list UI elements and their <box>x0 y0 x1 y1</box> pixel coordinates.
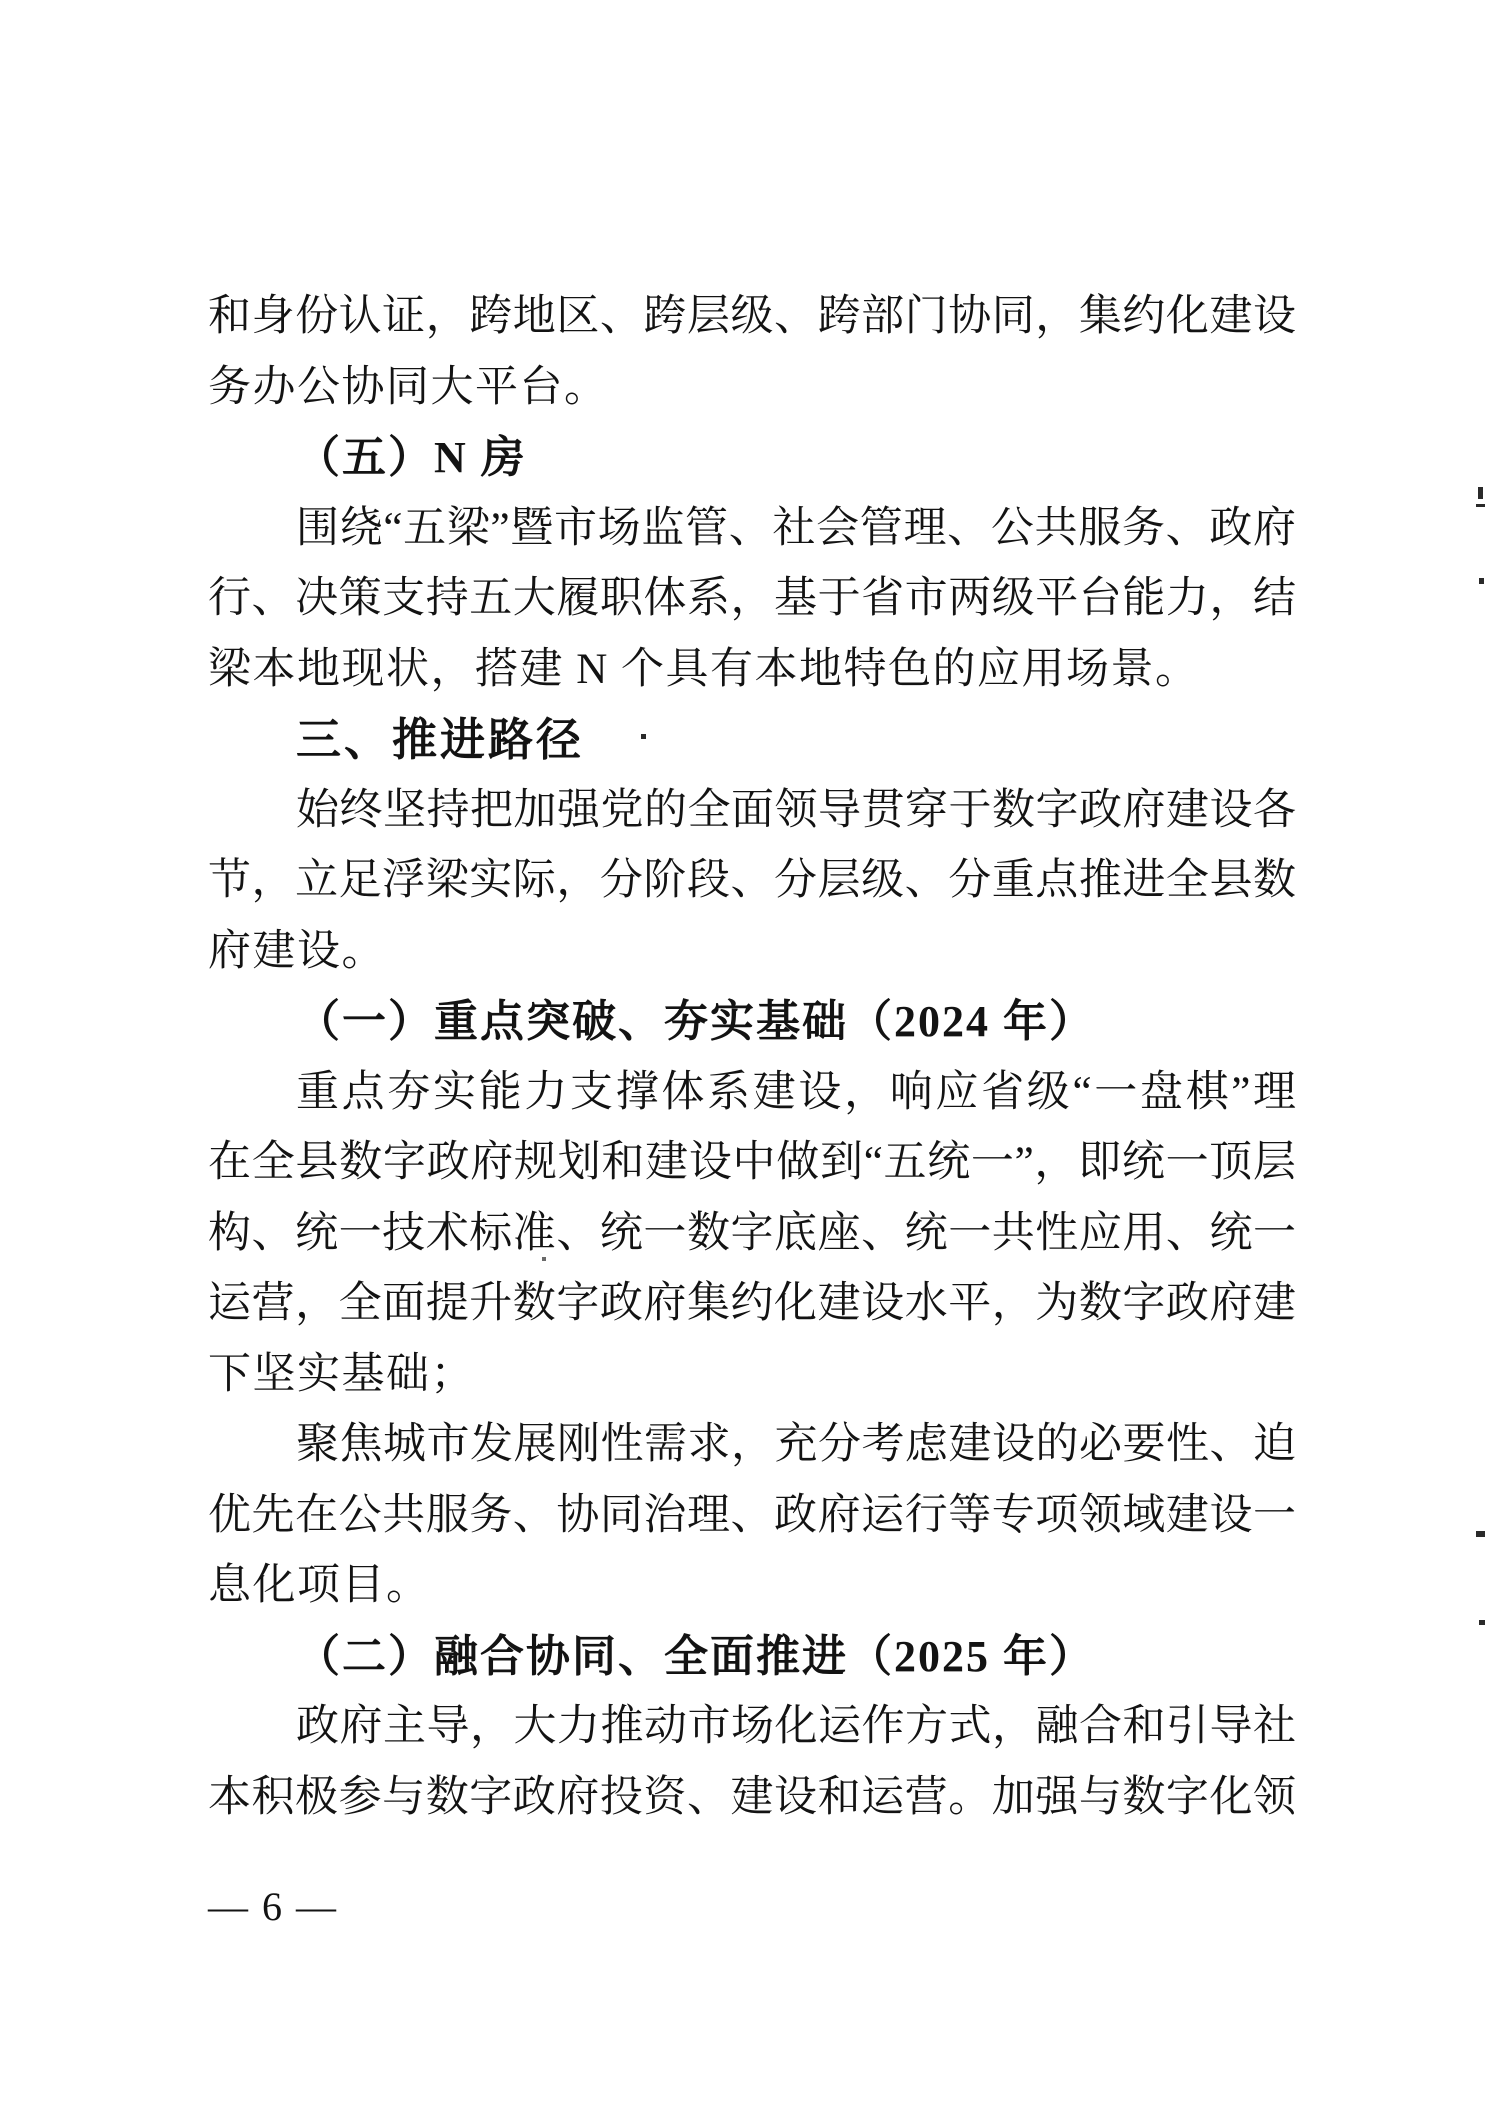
document-line: 构、统一技术标准、统一数字底座、统一共性应用、统一运维 <box>208 1199 1296 1270</box>
document-line: 在全县数字政府规划和建设中做到“五统一”，即统一顶层架 <box>208 1128 1296 1199</box>
document-line: 聚焦城市发展刚性需求，充分考虑建设的必要性、迫切性， <box>208 1410 1296 1481</box>
scan-artifact <box>1476 1531 1485 1537</box>
document-line: 本积极参与数字政府投资、建设和运营。加强与数字化领域头 <box>208 1763 1296 1834</box>
document-line: 府建设。 <box>208 917 1296 988</box>
document-line: 下坚实基础； <box>208 1340 1296 1411</box>
scan-artifact <box>641 734 646 739</box>
document-line: 围绕“五梁”暨市场监管、社会管理、公共服务、政府运 <box>208 494 1296 565</box>
scan-artifact <box>1478 487 1483 499</box>
document-line: 梁本地现状，搭建 N 个具有本地特色的应用场景。 <box>208 635 1296 706</box>
document-line: 息化项目。 <box>208 1551 1296 1622</box>
document-line: 优先在公共服务、协同治理、政府运行等专项领域建设一批信 <box>208 1481 1296 1552</box>
document-line: 始终坚持把加强党的全面领导贯穿于数字政府建设各个环 <box>208 776 1296 847</box>
document-line: 节，立足浮梁实际，分阶段、分层级、分重点推进全县数字政 <box>208 846 1296 917</box>
document-line: 政府主导，大力推动市场化运作方式，融合和引导社会资 <box>208 1692 1296 1763</box>
scan-artifact <box>1479 578 1484 584</box>
document-line: 和身份认证，跨地区、跨层级、跨部门协同，集约化建设的政 <box>208 282 1296 353</box>
section-heading-1-2024: （一）重点突破、夯实基础（2024 年） <box>208 987 1296 1058</box>
scan-artifact <box>542 1257 546 1261</box>
scan-artifact <box>1479 1620 1485 1625</box>
scan-artifact <box>1476 504 1485 507</box>
document-line: 行、决策支持五大履职体系，基于省市两级平台能力，结合浮 <box>208 564 1296 635</box>
document-line: 务办公协同大平台。 <box>208 353 1296 424</box>
document-page: 和身份认证，跨地区、跨层级、跨部门协同，集约化建设的政 务办公协同大平台。 （五… <box>0 0 1485 2110</box>
section-heading-2-2025: （二）融合协同、全面推进（2025 年） <box>208 1622 1296 1693</box>
document-line: 重点夯实能力支撑体系建设，响应省级“一盘棋”理念， <box>208 1058 1296 1129</box>
document-text-column: 和身份认证，跨地区、跨层级、跨部门协同，集约化建设的政 务办公协同大平台。 （五… <box>208 282 1296 1833</box>
document-line: 运营，全面提升数字政府集约化建设水平，为数字政府建设打 <box>208 1269 1296 1340</box>
section-heading-5-n-fang: （五）N 房 <box>208 423 1296 494</box>
page-number: — 6 — <box>208 1872 338 1942</box>
section-heading-3-push-path: 三、推进路径 <box>208 705 1296 776</box>
